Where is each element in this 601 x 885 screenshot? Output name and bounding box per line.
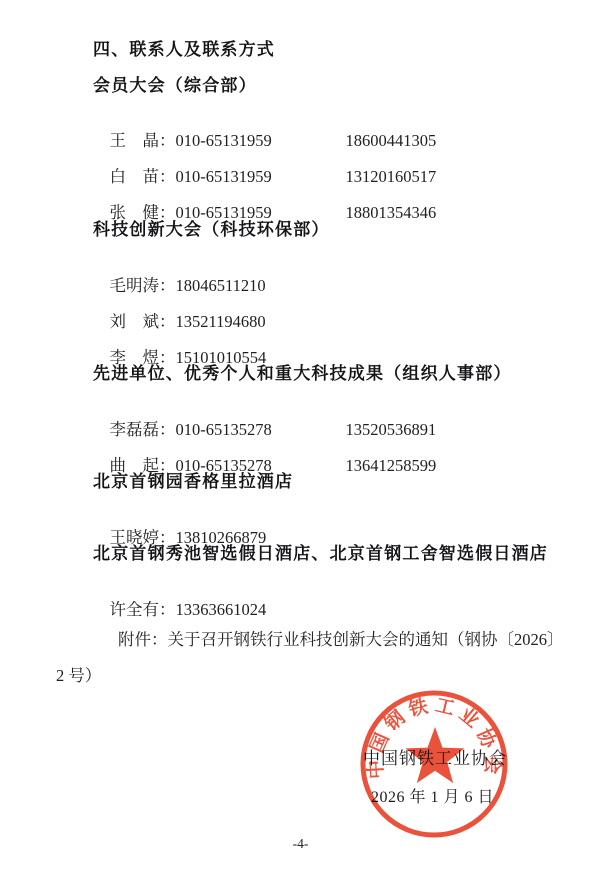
group-heading: 北京首钢园香格里拉酒店 [93,472,293,492]
document-page: 四、联系人及联系方式 会员大会（综合部） 王 晶：010-65131959186… [0,0,601,885]
attachment-note-line1: 附件：关于召开钢铁行业科技创新大会的通知（钢协〔2026〕 [118,630,564,650]
group-heading: 会员大会（综合部） [93,76,257,96]
contact-phone: 13363661024 [176,600,346,620]
contact-mobile: 18801354346 [346,203,437,223]
signer-organization: 中国钢铁工业协会 [363,749,507,769]
signature-date: 2026 年 1 月 6 日 [371,788,494,807]
section-title: 四、联系人及联系方式 [93,40,275,60]
group-heading: 先进单位、优秀个人和重大科技成果（组织人事部） [93,364,512,384]
contact-mobile: 13641258599 [346,456,437,476]
group-heading: 北京首钢秀池智选假日酒店、北京首钢工舍智选假日酒店 [93,544,548,564]
attachment-note-line2: 2 号） [56,666,101,686]
group-heading: 科技创新大会（科技环保部） [93,220,330,240]
contact-name: 许全有： [110,600,176,620]
page-number: -4- [0,836,601,852]
